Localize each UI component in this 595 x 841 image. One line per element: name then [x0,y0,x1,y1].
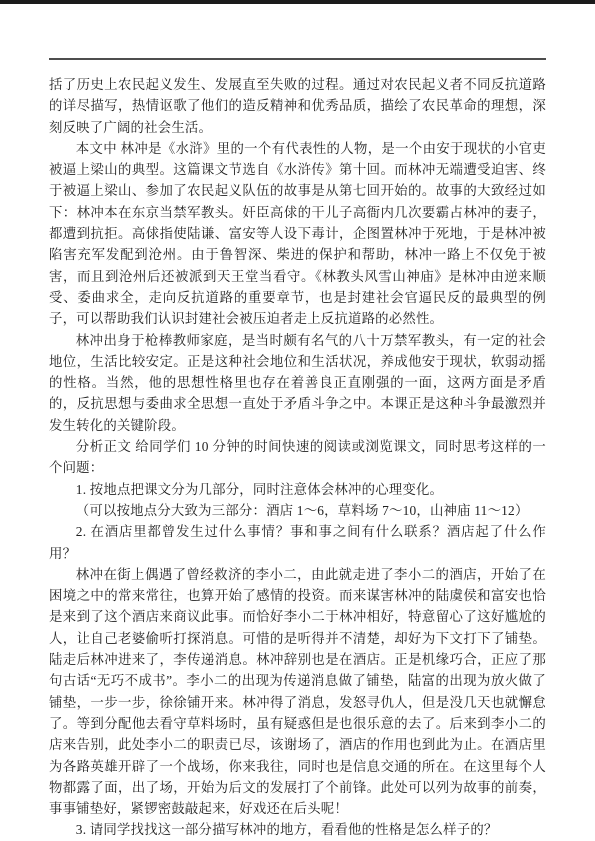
header-divider-line [49,58,546,60]
question-item-2: 2. 在酒店里都曾发生过什么事情？事和事之间有什么联系？酒店起了什么作用？ [49,521,546,564]
question-item-3: 3. 请同学找找这一部分描写林冲的地方，看看他的性格是怎么样子的？ [49,819,546,840]
page-top-edge [0,0,595,4]
paragraph: 本文中 林冲是《水浒》里的一个有代表性的人物，是一个由安于现状的小官吏被逼上梁山… [49,138,546,330]
document-page: 括了历史上农民起义发生、发展直至失败的过程。通过对农民起义者不同反抗道路的详尽描… [0,0,595,841]
paragraph-answer-discussion: 林冲在街上偶遇了曾经救济的李小二，由此就走进了李小二的酒店，开始了在困境之中的常… [49,564,546,820]
paragraph-section-analysis: 分析正文 给同学们 10 分钟的时间快速的阅读或浏览课文，同时思考这样的一个问题… [49,436,546,479]
question-item-1: 1. 按地点把课文分为几部分，同时注意体会林冲的心理变化。 [49,479,546,500]
paragraph: 林冲出身于枪棒教师家庭，是当时颇有名气的八十万禁军教头，有一定的社会地位，生活比… [49,330,546,436]
question-1-hint: （可以按地点分大致为三部分：酒店 1～6，草料场 7～10，山神庙 11～12） [49,500,546,521]
paragraph-continuation: 括了历史上农民起义发生、发展直至失败的过程。通过对农民起义者不同反抗道路的详尽描… [49,74,546,138]
page-content: 括了历史上农民起义发生、发展直至失败的过程。通过对农民起义者不同反抗道路的详尽描… [49,74,546,841]
